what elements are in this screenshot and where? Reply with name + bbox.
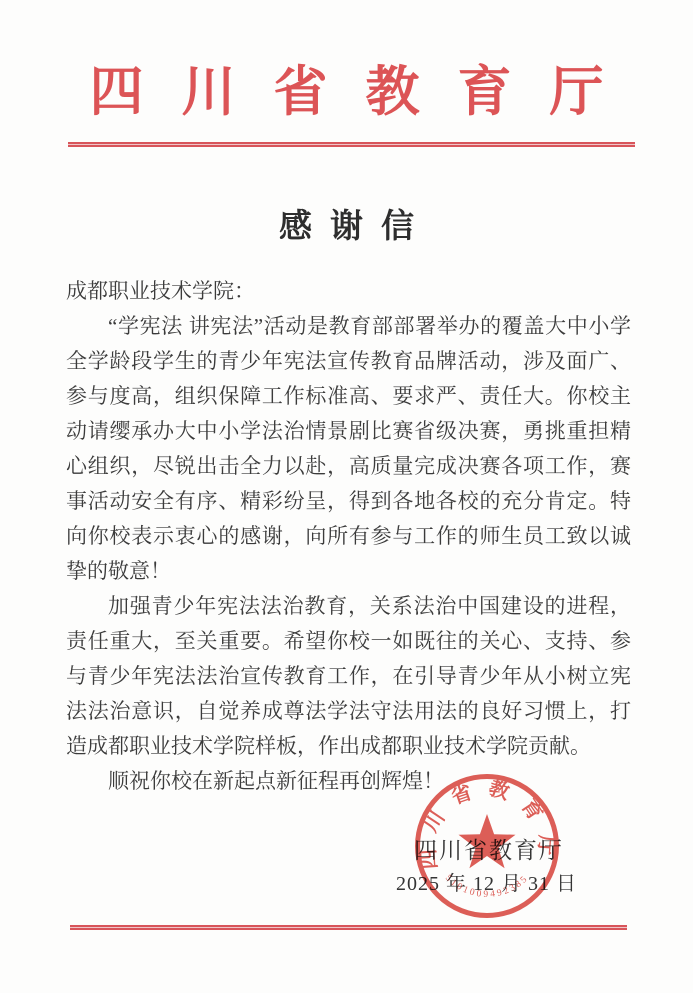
letterhead-divider-line: [68, 142, 635, 147]
paragraph-2: 加强青少年宪法法治教育，关系法治中国建设的进程，责任重大，至关重要。希望你校一如…: [66, 589, 631, 764]
salutation: 成都职业技术学院：: [66, 274, 631, 309]
letter-body: 成都职业技术学院： “学宪法 讲宪法”活动是教育部部署举办的覆盖大中小学全学龄段…: [66, 274, 631, 799]
paragraph-1: “学宪法 讲宪法”活动是教育部部署举办的覆盖大中小学全学龄段学生的青少年宪法宣传…: [66, 309, 631, 589]
signature-date: 2025 年 12 月 31 日: [396, 869, 576, 899]
footer-divider-line: [70, 925, 627, 930]
letter-title: 感谢信: [0, 206, 693, 248]
letterhead-org-name: 四川省教育厅: [0, 60, 693, 124]
scanned-letter-page: 四川省教育厅 感谢信 成都职业技术学院： “学宪法 讲宪法”活动是教育部部署举办…: [0, 0, 693, 993]
signature-org-name: 四川省教育厅: [414, 837, 564, 865]
paragraph-3: 顺祝你校在新起点新征程再创辉煌！: [66, 764, 631, 799]
